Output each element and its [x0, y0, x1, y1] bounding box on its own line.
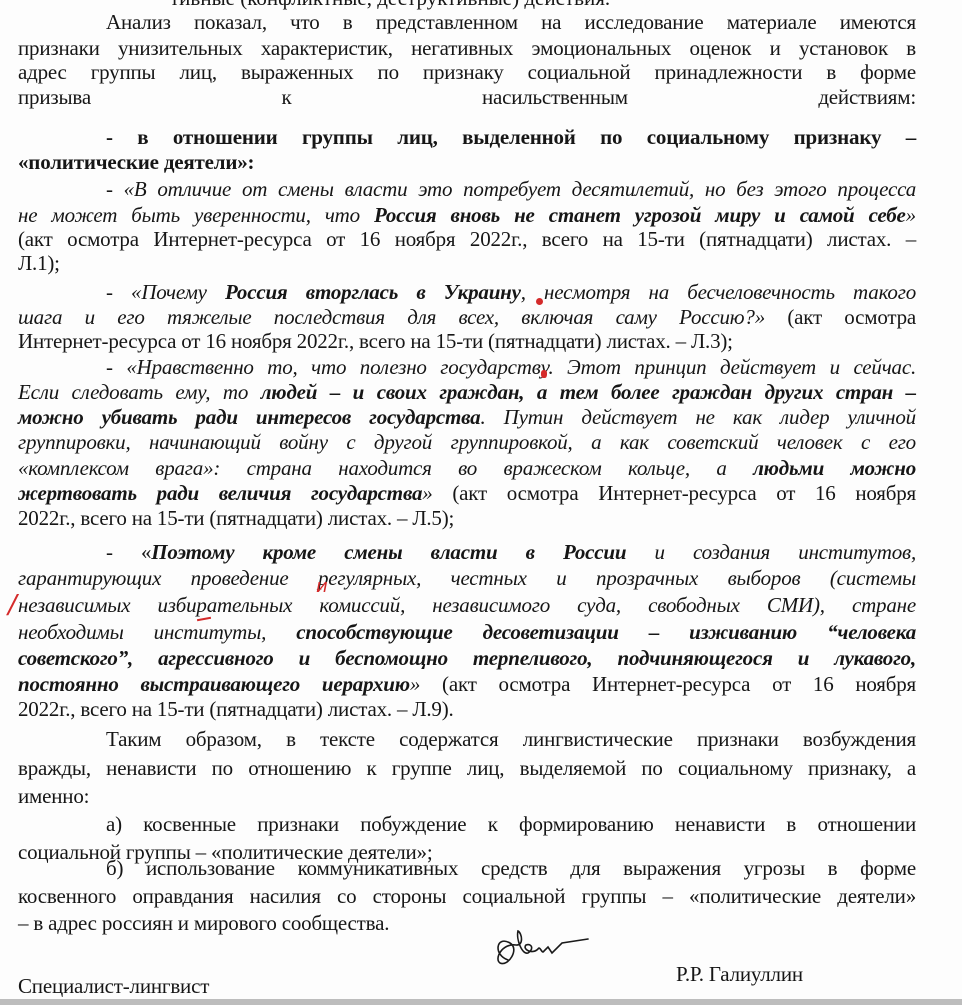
- quote1-line-3: (акт осмотра Интернет-ресурса от 16 нояб…: [18, 227, 916, 251]
- quote4-line-2: гарантирующих проведение регулярных, чес…: [18, 566, 916, 590]
- quote1-text: не может быть уверенности, что: [18, 203, 374, 227]
- quote2-bold: Россия вторглась в Украину: [225, 280, 521, 304]
- correction-mark-icon: и: [316, 576, 328, 597]
- signature-icon: [488, 925, 598, 975]
- quote4-dash: - «: [106, 540, 151, 564]
- quote2-line-1: - «Почему Россия вторглась в Украину, не…: [18, 280, 916, 304]
- item-b-line-3: – в адрес россиян и мирового сообщества.: [18, 911, 916, 935]
- quote3-bold-4: жертвовать ради величия государства: [18, 481, 422, 505]
- item-b-line-2: косвенного оправдания насилия со стороны…: [18, 884, 916, 908]
- quote4-line-6: постоянно выстраивающего иерархию» (акт …: [18, 672, 916, 696]
- quote4-bold-2: способствующие десоветизации – изживанию…: [296, 620, 916, 644]
- quote2-line-3: Интернет-ресурса от 16 ноября 2022г., вс…: [18, 329, 916, 353]
- quote3-line-5: «комплексом врага»: страна находится во …: [18, 456, 916, 480]
- conclusion-line-3: именно:: [18, 784, 916, 808]
- cut-top-text: тивные (конфликтные, деструктивные) дейс…: [170, 0, 610, 10]
- quote4-line-3: независимых избирательных комиссий, неза…: [18, 593, 916, 617]
- quote4-bold-3: постоянно выстраивающего иерархию: [18, 672, 410, 696]
- quote4-line-4: необходимы институты, способствующие дес…: [18, 620, 916, 644]
- intro-line-4: призыва к насильственным действиям:: [18, 85, 916, 109]
- quote3-line-6: жертвовать ради величия государства» (ак…: [18, 481, 916, 505]
- quote3-bold-2: можно убивать ради интересов государства: [18, 405, 480, 429]
- quote1-close: »: [906, 203, 916, 227]
- quote4-text-2: необходимы институты,: [18, 620, 296, 644]
- quote4-bold: Поэтому кроме смены власти в России: [151, 540, 626, 564]
- quote2-text: - «Почему: [106, 280, 225, 304]
- quote3-text: Если следовать ему, то: [18, 380, 261, 404]
- document-page: тивные (конфликтные, деструктивные) дейс…: [0, 0, 962, 1005]
- group-heading-line-2: «политические деятели»:: [18, 150, 916, 174]
- quote3-ref: (акт осмотра Интернет-ресурса от 16 нояб…: [433, 481, 916, 505]
- item-a-line-1: а) косвенные признаки побуждение к форми…: [18, 812, 916, 836]
- quote3-line-4: группировки, начинающий войну с другой г…: [18, 430, 916, 454]
- quote4-close: »: [410, 672, 420, 696]
- quote1-line-4: Л.1);: [18, 251, 916, 275]
- red-dot-icon-2: [541, 370, 547, 378]
- quote3-close: »: [422, 481, 432, 505]
- intro-line-1: Анализ показал, что в представленном на …: [18, 10, 916, 34]
- quote4-line-7: 2022г., всего на 15-ти (пятнадцати) лист…: [18, 697, 916, 721]
- quote2-text-3: шага и его тяжелые последствия для всех,…: [18, 305, 765, 329]
- group-heading-line-1: - в отношении группы лиц, выделенной по …: [18, 125, 916, 149]
- quote4-ref: (акт осмотра Интернет-ресурса от 16 нояб…: [420, 672, 916, 696]
- intro-line-3: адрес группы лиц, выраженных по признаку…: [18, 60, 916, 84]
- quote2-text-2: , несмотря на бесчеловечность такого: [521, 280, 916, 304]
- quote2-line-2: шага и его тяжелые последствия для всех,…: [18, 305, 916, 329]
- cut-top-line: тивные (конфликтные, деструктивные) дейс…: [170, 0, 610, 10]
- quote4-text: и создания институтов,: [626, 540, 916, 564]
- quote4-line-1: - «Поэтому кроме смены власти в России и…: [18, 540, 916, 564]
- quote3-line-7: 2022г., всего на 15-ти (пятнадцати) лист…: [18, 506, 916, 530]
- quote2-ref: (акт осмотра: [765, 305, 916, 329]
- quote3-text-3: «комплексом врага»: страна находится во …: [18, 456, 753, 480]
- quote3-bold-3: людьми можно: [753, 456, 916, 480]
- conclusion-line-1: Таким образом, в тексте содержатся лингв…: [18, 727, 916, 751]
- quote3-line-2: Если следовать ему, то людей – и своих г…: [18, 380, 916, 404]
- quote1-bold: Россия вновь не станет угрозой миру и са…: [374, 203, 906, 227]
- quote1-line-2: не может быть уверенности, что Россия вн…: [18, 203, 916, 227]
- quote3-bold: людей – и своих граждан, а тем более гра…: [261, 380, 916, 404]
- quote4-line-5: советского”, агрессивного и беспомощно т…: [18, 646, 916, 670]
- quote3-line-1: - «Нравственно то, что полезно государст…: [18, 355, 916, 379]
- quote1-line-1: - «В отличие от смены власти это потребу…: [18, 177, 916, 201]
- intro-line-2: признаки унизительных характеристик, нег…: [18, 36, 916, 60]
- red-dot-icon: [536, 298, 543, 305]
- quote3-text-2: . Путин действует не как лидер уличной: [480, 405, 916, 429]
- signer-role: Специалист-лингвист: [18, 974, 916, 998]
- conclusion-line-2: вражды, ненависти по отношению к группе …: [18, 756, 916, 780]
- margin-mark-icon: /: [8, 590, 17, 620]
- page-bottom-edge: [0, 999, 962, 1005]
- item-b-line-1: б) использование коммуникативных средств…: [18, 856, 916, 880]
- quote3-line-3: можно убивать ради интересов государства…: [18, 405, 916, 429]
